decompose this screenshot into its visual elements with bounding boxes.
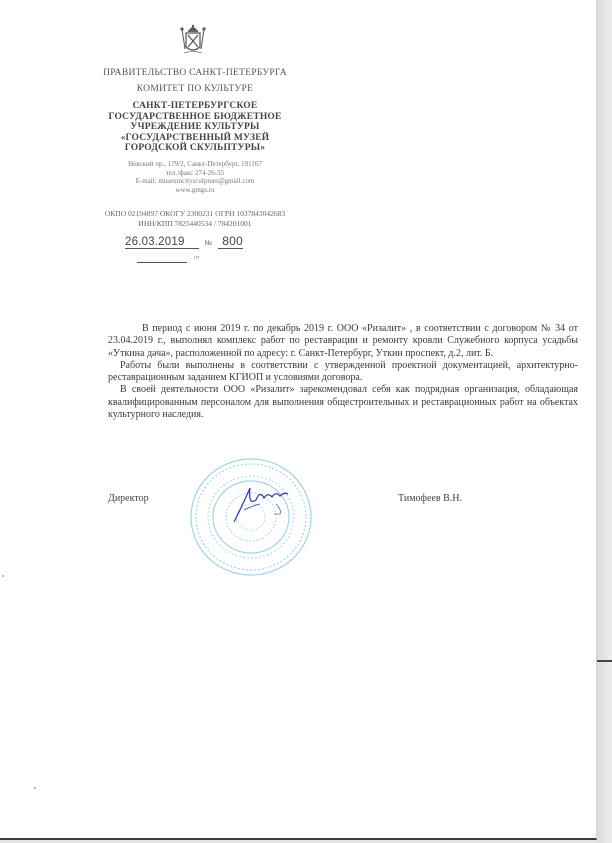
paragraph: Работы были выполнены в соответствии с у… bbox=[108, 360, 578, 385]
reference-from-label: от bbox=[194, 255, 200, 261]
registration-codes: ОКПО 02194897 ОКОГУ 2300231 ОГРН 1037843… bbox=[90, 209, 300, 228]
scan-edge-mark bbox=[597, 660, 612, 662]
paragraph: В своей деятельности ООО «Ризалит» зарек… bbox=[108, 384, 578, 421]
paragraph: В период с июня 2019 г. по декабрь 2019 … bbox=[108, 323, 578, 360]
st-petersburg-coat-of-arms-icon bbox=[178, 23, 208, 57]
phone-fax: тел./факс 274-26-35 bbox=[90, 169, 300, 178]
okpo-codes: ОКПО 02194897 ОКОГУ 2300231 ОГРН 1037843… bbox=[90, 209, 300, 219]
outgoing-date: 26.03.2019 bbox=[125, 236, 199, 249]
signatory-name: Тимофеев В.Н. bbox=[398, 493, 462, 504]
committee-name: КОМИТЕТ ПО КУЛЬТУРЕ bbox=[90, 84, 300, 94]
scan-speck bbox=[34, 787, 36, 789]
scan-speck bbox=[2, 575, 4, 577]
organization-line: САНКТ-ПЕТЕРБУРГСКОЕ bbox=[90, 101, 300, 112]
website: www.gmgs.ru bbox=[90, 186, 300, 195]
number-sign: № bbox=[205, 240, 213, 247]
outgoing-reference: 26.03.2019№800 bbox=[125, 234, 243, 248]
letter-body: В период с июня 2019 г. по декабрь 2019 … bbox=[108, 323, 578, 421]
inn-kpp: ИНН/КПП 7825440534 / 784201001 bbox=[90, 219, 300, 229]
address: Невский пр., 179/2, Санкт-Петербург, 191… bbox=[90, 160, 300, 169]
organization-line: «ГОСУДАРСТВЕННЫЙ МУЗЕЙ bbox=[90, 133, 300, 144]
outgoing-number: 800 bbox=[218, 234, 243, 249]
email: E-mail: museumcitysculpture@gmail.com bbox=[90, 177, 300, 186]
organization-line: ГОСУДАРСТВЕННОЕ БЮДЖЕТНОЕ bbox=[90, 112, 300, 123]
government-name: ПРАВИТЕЛЬСТВО САНКТ-ПЕТЕРБУРГА bbox=[90, 68, 300, 78]
organization-line: ГОРОДСКОЙ СКУЛЬПТУРЫ» bbox=[90, 143, 300, 154]
contact-block: Невский пр., 179/2, Санкт-Петербург, 191… bbox=[90, 160, 300, 194]
director-signature bbox=[230, 480, 290, 525]
organization-line: УЧРЕЖДЕНИЕ КУЛЬТУРЫ bbox=[90, 122, 300, 133]
scan-edge bbox=[597, 0, 612, 843]
organization-name: САНКТ-ПЕТЕРБУРГСКОЕ ГОСУДАРСТВЕННОЕ БЮДЖ… bbox=[90, 101, 300, 154]
reference-blank-line bbox=[137, 262, 187, 263]
signatory-title: Директор bbox=[108, 493, 149, 504]
